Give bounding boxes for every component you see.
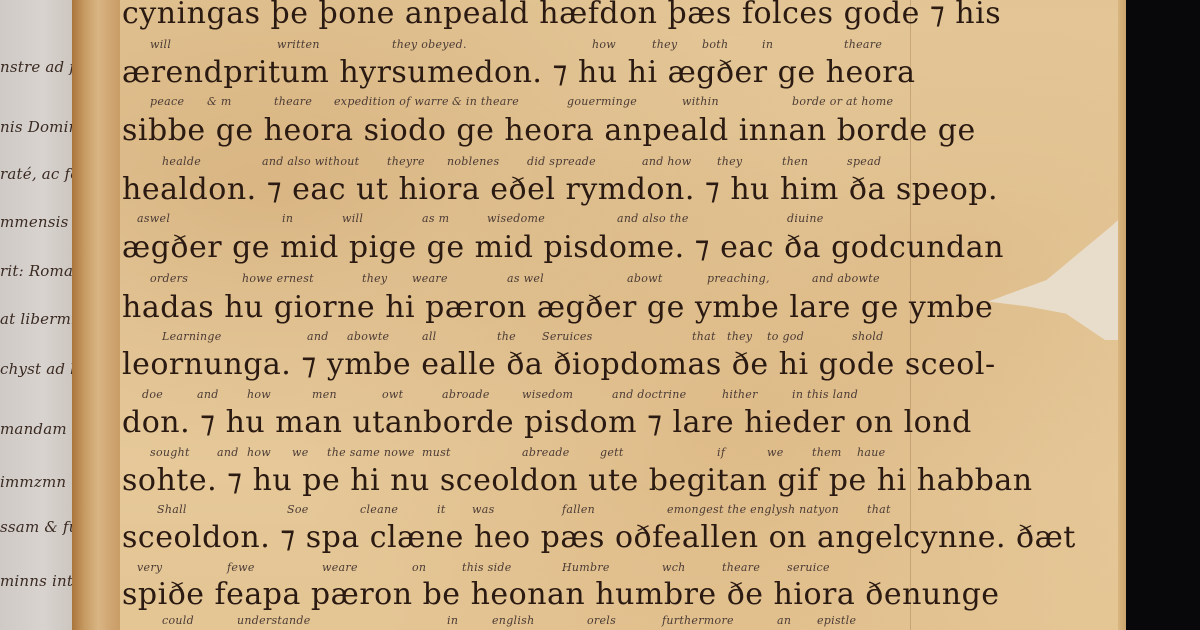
gloss-word: abroade	[442, 388, 490, 401]
gloss-word: weare	[412, 272, 448, 285]
gloss-word: both	[702, 38, 728, 51]
gloss-word: noblenes	[447, 155, 499, 168]
interlinear-gloss: ordershowe ernesttheyweareas welabowtpre…	[122, 272, 922, 288]
gloss-word: theyre	[387, 155, 425, 168]
gloss-word: all	[422, 330, 437, 343]
gloss-word: Learninge	[162, 330, 222, 343]
facing-page-line: minns intelig	[0, 572, 72, 590]
gloss-word: theare	[722, 561, 760, 574]
gloss-word: wch	[662, 561, 686, 574]
interlinear-gloss: peace& mtheareexpedition of warre& in th…	[122, 95, 922, 111]
gloss-word: in this land	[792, 388, 858, 401]
gloss-word: wisedome	[487, 212, 545, 225]
gloss-word: sought	[150, 446, 190, 459]
gloss-word: could	[162, 614, 194, 627]
gloss-word: Humbre	[562, 561, 610, 574]
gloss-word: then	[782, 155, 808, 168]
gloss-word: Seruices	[542, 330, 593, 343]
gloss-word: Soe	[287, 503, 309, 516]
gloss-word: healde	[162, 155, 201, 168]
gloss-word: they	[362, 272, 387, 285]
facing-page-line: raté, ac foti	[0, 165, 72, 183]
gloss-word: fallen	[562, 503, 595, 516]
gloss-word: howe ernest	[242, 272, 314, 285]
gloss-word: on	[412, 561, 426, 574]
facing-page-line: mmensis Th	[0, 213, 72, 231]
gloss-word: in	[282, 212, 293, 225]
interlinear-gloss: couldunderstandeinenglishorelsfurthermor…	[122, 614, 922, 630]
manuscript-line: sceoldon. ⁊ spa clæne heo pæs oðfeallen …	[122, 520, 1076, 555]
gloss-word: theare	[844, 38, 882, 51]
manuscript-line: ægðer ge mid pige ge mid pisdome. ⁊ eac …	[122, 230, 1004, 265]
folio-edge	[1118, 0, 1126, 630]
gloss-word: very	[137, 561, 162, 574]
gloss-word: peace	[150, 95, 184, 108]
gloss-word: will	[342, 212, 363, 225]
gloss-word: aswel	[137, 212, 170, 225]
gloss-word: how	[247, 446, 271, 459]
gloss-word: abowte	[347, 330, 389, 343]
interlinear-gloss: soughtandhowwethe same nowemustabreadege…	[122, 446, 922, 462]
gloss-word: and doctrine	[612, 388, 686, 401]
gloss-word: they	[717, 155, 742, 168]
manuscript-line: spiðe feapa pæron be heonan humbre ðe hi…	[122, 577, 1000, 612]
gloss-word: spead	[847, 155, 881, 168]
gloss-word: they	[727, 330, 752, 343]
manuscript-line: sibbe ge heora siodo ge heora anpeald in…	[122, 113, 976, 148]
interlinear-gloss: LearningeandabowtealltheSeruicesthatthey…	[122, 330, 922, 346]
gloss-word: the same nowe	[327, 446, 415, 459]
gloss-word: men	[312, 388, 337, 401]
gloss-word: and	[197, 388, 219, 401]
gloss-word: this side	[462, 561, 512, 574]
gloss-word: cleane	[360, 503, 398, 516]
gloss-word: preaching,	[707, 272, 770, 285]
gloss-word: that	[692, 330, 716, 343]
interlinear-gloss: aswelinwillas mwisedomeand also thediuin…	[122, 212, 922, 228]
gloss-word: theare	[274, 95, 312, 108]
gloss-word: must	[422, 446, 451, 459]
gloss-word: to god	[767, 330, 804, 343]
gloss-word: will	[150, 38, 171, 51]
gloss-word: how	[592, 38, 616, 51]
gloss-word: we	[292, 446, 309, 459]
facing-page-line: nis Domin	[0, 118, 72, 136]
binding-gutter	[72, 0, 120, 630]
gloss-word: hither	[722, 388, 758, 401]
gloss-word: written	[277, 38, 320, 51]
facing-page-line: at libermi	[0, 310, 72, 328]
gloss-word: epistle	[817, 614, 856, 627]
gloss-word: understande	[237, 614, 311, 627]
gloss-word: in	[762, 38, 773, 51]
manuscript-line: sohte. ⁊ hu pe hi nu sceoldon ute begita…	[122, 463, 1033, 498]
gloss-word: did spreade	[527, 155, 596, 168]
gloss-word: that	[867, 503, 891, 516]
gloss-word: and also the	[617, 212, 689, 225]
gloss-word: weare	[322, 561, 358, 574]
manuscript-text: cyningas þe þone anpeald hæfdon þæs folc…	[122, 0, 922, 630]
gloss-word: gett	[600, 446, 624, 459]
manuscript-line: ærendpritum hyrsumedon. ⁊ hu hi ægðer ge…	[122, 55, 916, 90]
gloss-word: wisedom	[522, 388, 573, 401]
gloss-word: and	[217, 446, 239, 459]
gloss-word: gouerminge	[567, 95, 637, 108]
interlinear-gloss: healdeand also withouttheyrenoblenesdid …	[122, 155, 922, 171]
gloss-word: Shall	[157, 503, 187, 516]
gloss-word: seruice	[787, 561, 830, 574]
gloss-word: furthermore	[662, 614, 734, 627]
gloss-word: owt	[382, 388, 403, 401]
manuscript-line: cyningas þe þone anpeald hæfdon þæs folc…	[122, 0, 1001, 31]
manuscript-line: healdon. ⁊ eac ut hiora eðel rymdon. ⁊ h…	[122, 172, 998, 207]
gloss-word: within	[682, 95, 719, 108]
gloss-word: emongest the englysh natyon	[667, 503, 839, 516]
facing-page: nstre ad fr nis Domin raté, ac foti mmen…	[0, 0, 72, 630]
facing-page-line: ssam & fu	[0, 518, 72, 536]
gloss-word: and abowte	[812, 272, 880, 285]
gloss-word: diuine	[787, 212, 824, 225]
gloss-word: borde or at home	[792, 95, 893, 108]
facing-page-line: nstre ad fr	[0, 58, 72, 76]
manuscript-line: hadas hu giorne hi pæron ægðer ge ymbe l…	[122, 290, 993, 325]
gloss-word: & in theare	[452, 95, 519, 108]
gloss-word: fewe	[227, 561, 255, 574]
gloss-word: was	[472, 503, 495, 516]
manuscript-line: don. ⁊ hu man utanborde pisdom ⁊ lare hi…	[122, 405, 972, 440]
gloss-word: in	[447, 614, 458, 627]
gloss-word: shold	[852, 330, 883, 343]
gloss-word: as m	[422, 212, 449, 225]
interlinear-gloss: veryfeweweareonthis sideHumbrewchtheares…	[122, 561, 922, 577]
gloss-word: they	[652, 38, 677, 51]
gloss-word: abowt	[627, 272, 663, 285]
gloss-word: abreade	[522, 446, 570, 459]
gloss-word: how	[247, 388, 271, 401]
gloss-word: as wel	[507, 272, 544, 285]
dark-background	[1126, 0, 1200, 630]
facing-page-line: immzmn	[0, 473, 66, 491]
gloss-word: and	[307, 330, 329, 343]
facing-page-line: chyst ad b	[0, 360, 72, 378]
gloss-word: orels	[587, 614, 616, 627]
gloss-word: and also without	[262, 155, 359, 168]
gloss-word: they obeyed.	[392, 38, 467, 51]
gloss-word: orders	[150, 272, 188, 285]
gloss-word: them	[812, 446, 842, 459]
gloss-word: we	[767, 446, 784, 459]
gloss-word: it	[437, 503, 446, 516]
interlinear-gloss: willwrittenthey obeyed.howtheybothinthea…	[122, 38, 922, 54]
gloss-word: if	[717, 446, 725, 459]
manuscript-line: leornunga. ⁊ ymbe ealle ða ðiopdomas ðe …	[122, 347, 996, 382]
facing-page-line: rit: Romano	[0, 262, 72, 280]
gloss-word: expedition of warre	[334, 95, 449, 108]
gloss-word: and how	[642, 155, 691, 168]
interlinear-gloss: doeandhowmenowtabroadewisedomand doctrin…	[122, 388, 922, 404]
gloss-word: & m	[207, 95, 232, 108]
gloss-word: an	[777, 614, 791, 627]
facing-page-line: mandam	[0, 420, 67, 438]
gloss-word: english	[492, 614, 535, 627]
interlinear-gloss: ShallSoecleaneitwasfallenemongest the en…	[122, 503, 922, 519]
gloss-word: haue	[857, 446, 885, 459]
gloss-word: the	[497, 330, 516, 343]
gloss-word: doe	[142, 388, 163, 401]
